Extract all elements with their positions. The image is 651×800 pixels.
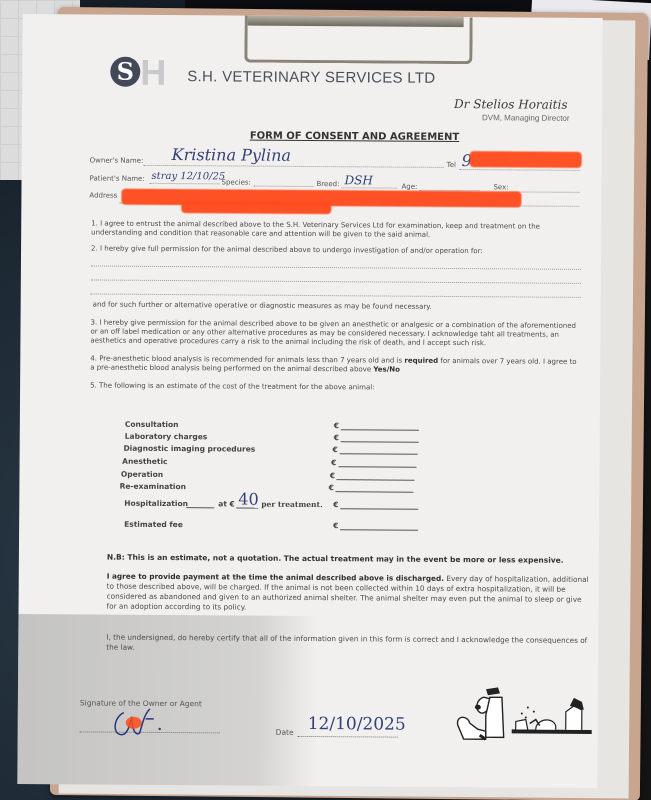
clause-5: 5. The following is an estimate of the c… — [90, 381, 580, 393]
cost-row-estimated-fee: Estimated fee € — [124, 520, 424, 534]
breed-line — [341, 187, 396, 188]
clause-5-number: 5. — [90, 381, 97, 389]
patient-name-field[interactable]: stray 12/10/25 — [152, 171, 226, 183]
clause-3-number: 3. — [91, 318, 98, 326]
consent-form: S H S.H. VETERINARY SERVICES LTD Dr Stel… — [17, 14, 602, 788]
cost-row: Anesthetic€ — [122, 457, 422, 471]
currency-symbol: € — [332, 445, 337, 454]
patient-label: Patient's Name: — [90, 174, 145, 182]
logo-s: S — [110, 57, 140, 87]
cost-label: Operation — [121, 470, 163, 479]
clause-5-text: The following is an estimate of the cost… — [99, 382, 375, 392]
hospitalization-per: per treatment. — [261, 500, 322, 509]
currency-symbol: € — [331, 458, 336, 467]
date-label: Date — [276, 728, 294, 737]
owner-name-field[interactable]: Kristina Pylina — [172, 145, 291, 165]
director-name: Dr Stelios Horaitis — [454, 97, 568, 112]
currency-symbol: € — [334, 421, 339, 430]
currency-symbol: € — [330, 471, 335, 480]
director-title: DVM, Managing Director — [482, 113, 570, 123]
tel-label: Tel — [447, 161, 456, 169]
cost-row: Re-examination€ — [120, 482, 420, 496]
clause-2-continued: and for such further or alternative oper… — [93, 300, 583, 312]
currency-symbol: € — [334, 433, 339, 442]
logo-h: H — [140, 55, 166, 91]
address-label: Address — [89, 191, 117, 199]
currency-symbol: € — [329, 483, 334, 492]
clause-4-required: required — [404, 357, 438, 365]
breed-field[interactable]: DSH — [344, 173, 372, 187]
breed-label: Breed: — [316, 180, 339, 188]
veterinarian-cartoon-illustration — [456, 685, 596, 748]
date-field[interactable]: 12/10/2025 — [308, 714, 406, 735]
sex-label: Sex: — [493, 183, 508, 191]
operation-line-2[interactable] — [91, 279, 581, 283]
currency-symbol: € — [333, 500, 338, 509]
signature-field[interactable] — [110, 705, 170, 739]
cost-value-field[interactable] — [341, 441, 419, 443]
clause-4: 4. Pre-anesthetic blood analysis is reco… — [90, 354, 580, 375]
owner-label: Owner's Name: — [90, 156, 144, 164]
payment-agreement: I agree to provide payment at the time t… — [107, 572, 592, 615]
estimated-fee-field[interactable] — [340, 529, 418, 531]
hospitalization-cost-field[interactable] — [340, 508, 418, 510]
company-name: S.H. VETERINARY SERVICES LTD — [187, 68, 435, 87]
cost-label: Laboratory charges — [125, 432, 208, 442]
clause-4-number: 4. — [90, 354, 97, 362]
hospitalization-rate-field[interactable]: 40 — [238, 490, 258, 509]
cost-value-field[interactable] — [339, 453, 417, 455]
cost-label: Re-examination — [120, 482, 186, 491]
clipboard-clip — [244, 16, 472, 65]
cost-label: Diagnostic imaging procedures — [123, 444, 255, 454]
clause-1-number: 1. — [91, 219, 98, 227]
clause-2-text: I hereby give full permission for the an… — [100, 245, 483, 256]
redaction-tel — [470, 151, 582, 168]
owner-line — [144, 165, 444, 168]
clause-1: 1. I agree to entrust the animal describ… — [91, 219, 581, 240]
cost-row-hospitalization: Hospitalization at € 40 per treatment. € — [124, 499, 424, 513]
cost-value-field[interactable] — [341, 429, 419, 431]
nb-note: N.B: This is an estimate, not a quotatio… — [107, 553, 564, 565]
patient-line — [150, 183, 220, 184]
operation-line-1[interactable] — [91, 265, 581, 269]
species-line[interactable] — [253, 186, 313, 187]
blood-analysis-yes-no[interactable]: Yes/No — [373, 365, 400, 373]
species-label: Species: — [221, 178, 250, 186]
clause-3-text: I hereby give permission for the animal … — [90, 319, 576, 348]
age-label: Age: — [401, 183, 417, 191]
clause-2-number: 2. — [91, 244, 98, 252]
cost-value-field[interactable] — [336, 491, 414, 493]
clause-2: 2. I hereby give full permission for the… — [91, 244, 581, 256]
cost-value-field[interactable] — [337, 479, 415, 481]
cost-label: Consultation — [125, 420, 179, 429]
redaction-address-2 — [181, 201, 331, 214]
hospitalization-days-field[interactable] — [186, 507, 214, 508]
estimated-fee-label: Estimated fee — [124, 520, 183, 529]
cost-label: Anesthetic — [122, 457, 167, 466]
cost-value-field[interactable] — [338, 466, 416, 468]
clause-3: 3. I hereby give permission for the anim… — [90, 318, 580, 348]
currency-symbol: € — [333, 521, 338, 530]
form-title: FORM OF CONSENT AND AGREEMENT — [250, 131, 459, 143]
clause-1-text: I agree to entrust the animal described … — [91, 220, 540, 239]
operation-line-3[interactable] — [91, 293, 581, 297]
hospitalization-at: at € — [218, 499, 235, 508]
hospitalization-label: Hospitalization — [124, 499, 188, 508]
tel-line — [460, 169, 580, 171]
company-logo: S H — [110, 55, 180, 91]
cost-row: Diagnostic imaging procedures€ — [123, 444, 423, 458]
